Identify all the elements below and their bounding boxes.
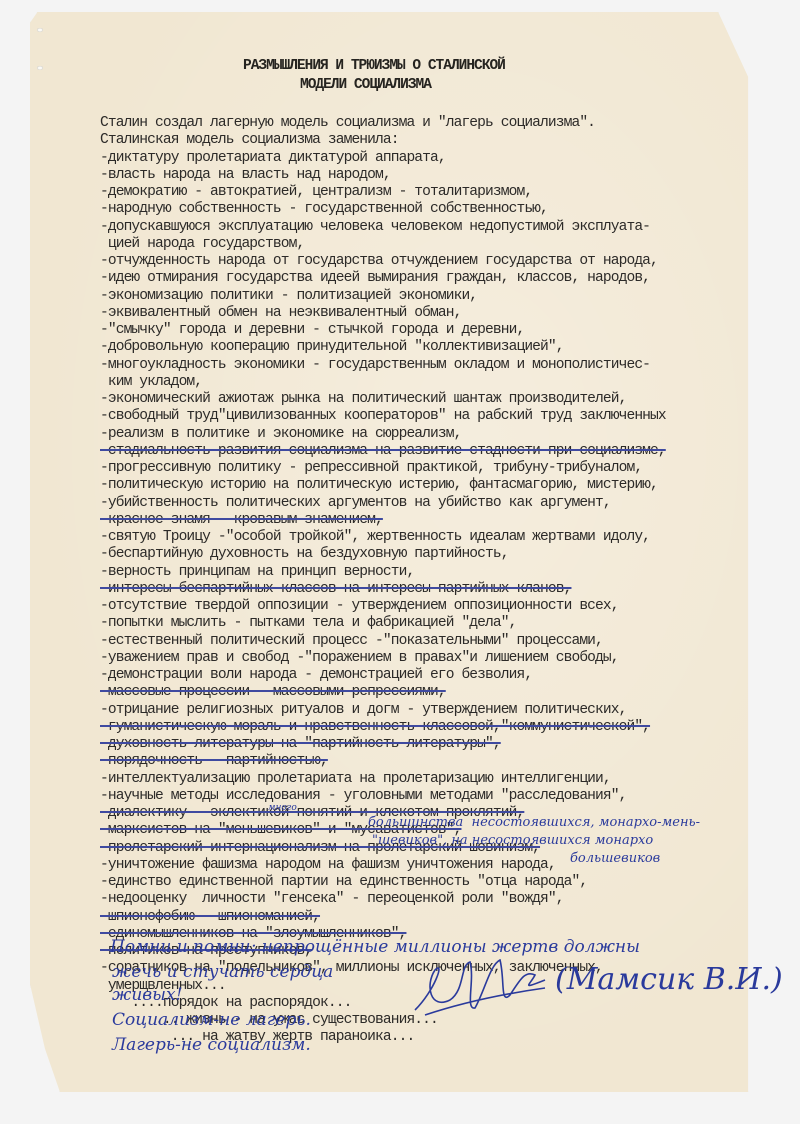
list-item: -идею отмирания государства идеей вымира… [100, 270, 650, 287]
list-item-struck: -стадиальность развития социализма на ра… [100, 443, 666, 460]
list-item: -уничтожение фашизма народом на фашизм у… [100, 857, 556, 874]
list-item: -единство единственной партии на единств… [100, 874, 587, 891]
list-item: цией народа государством, [100, 236, 304, 253]
list-item: -народную собственность - государственно… [100, 201, 548, 218]
punch-hole [37, 66, 43, 70]
handwritten-margin-note-3: большевиков [570, 851, 660, 866]
list-item-struck: -духовность литературы на "партийность л… [100, 736, 501, 753]
list-item: ким укладом, [100, 374, 202, 391]
handwritten-closing-note-4: Социализм-не лагерь. [112, 1010, 311, 1030]
list-item: -святую Троицу -"особой тройкой", жертве… [100, 529, 650, 546]
list-item: -беспартийную духовность на бездуховную … [100, 546, 509, 563]
signature-name: (Мамсик В.И.) [555, 962, 783, 997]
list-item-struck: -массовые процессии - массовыми репресси… [100, 684, 446, 701]
list-item: -реализм в политике и экономике на сюрре… [100, 426, 461, 443]
handwritten-insert: много [268, 803, 297, 813]
list-item: -диктатуру пролетариата диктатурой аппар… [100, 150, 446, 167]
handwritten-closing-note-2: жечь и стучать сердца [112, 962, 333, 982]
list-item: -естественный политический процесс -"пок… [100, 633, 603, 650]
list-item-struck: -красное знамя - кровавым знамением, [100, 512, 383, 529]
list-item: -экономический ажиотаж рынка на политиче… [100, 391, 626, 408]
list-item: -уважением прав и свобод -"поражением в … [100, 650, 619, 667]
handwritten-margin-note-1: большинства несостоявшихся, монархо-мень… [368, 815, 700, 830]
list-item: -"смычку" города и деревни - стычкой гор… [100, 322, 524, 339]
list-item: -убийственность политических аргументов … [100, 495, 611, 512]
list-item: -экономизацию политики - политизацией эк… [100, 288, 477, 305]
list-item: -политическую историю на политическую ис… [100, 477, 658, 494]
document-title-line-1: РАЗМЫШЛЕНИЯ И ТРЮИЗМЫ О СТАЛИНСКОЙ [243, 58, 505, 74]
list-item-struck: -шпионофобию - шпиономанией, [100, 909, 320, 926]
handwritten-margin-note-2: "шевиков", на несостоявшихся монархо [372, 833, 653, 848]
punch-hole [37, 28, 43, 32]
list-item: -добровольную кооперацию принудительной … [100, 339, 564, 356]
list-item: -интеллектуализацию пролетариата на прол… [100, 771, 611, 788]
list-item: -власть народа на власть над народом, [100, 167, 391, 184]
list-item: -попытки мыслить - пытками тела и фабрик… [100, 615, 516, 632]
document-title-line-2: МОДЕЛИ СОЦИАЛИЗМА [300, 77, 431, 93]
intro-line: Сталинская модель социализма заменила: [100, 132, 399, 149]
list-item: -эквивалентный обмен на неэквивалентный … [100, 305, 461, 322]
list-item: -демонстрации воли народа - демонстрацие… [100, 667, 532, 684]
handwritten-closing-note-5: Лагерь-не социализм. [112, 1035, 311, 1055]
list-item-struck: -интересы беспартийных классов на интере… [100, 581, 571, 598]
list-item: -отрицание религиозных ритуалов и догм -… [100, 702, 626, 719]
handwritten-closing-note-1: Помни и помни: непрощённые миллионы жерт… [110, 937, 640, 957]
list-item: -верность принципам на принцип верности, [100, 564, 414, 581]
list-item: -научные методы исследования - уголовным… [100, 788, 626, 805]
list-item: -отчужденность народа от государства отч… [100, 253, 658, 270]
list-item: -прогрессивную политику - репрессивной п… [100, 460, 642, 477]
list-item: -многоукладность экономики - государстве… [100, 357, 650, 374]
list-item: -демократию - автократией, централизм - … [100, 184, 532, 201]
intro-line: Сталин создал лагерную модель социализма… [100, 115, 595, 132]
list-item: -недооценку личности "генсека" - переоце… [100, 891, 564, 908]
handwritten-closing-note-3: живых! [112, 985, 182, 1005]
list-item: -свободный труд"цивилизованных кооперато… [100, 408, 666, 425]
signature-scribble [405, 950, 555, 1025]
list-item-struck: -порядочность - партийностью, [100, 753, 328, 770]
list-item: -допускавшуюся эксплуатацию человека чел… [100, 219, 650, 236]
list-item: -отсутствие твердой оппозиции - утвержде… [100, 598, 619, 615]
list-item-struck: -гуманистическую мораль и нравственность… [100, 719, 650, 736]
